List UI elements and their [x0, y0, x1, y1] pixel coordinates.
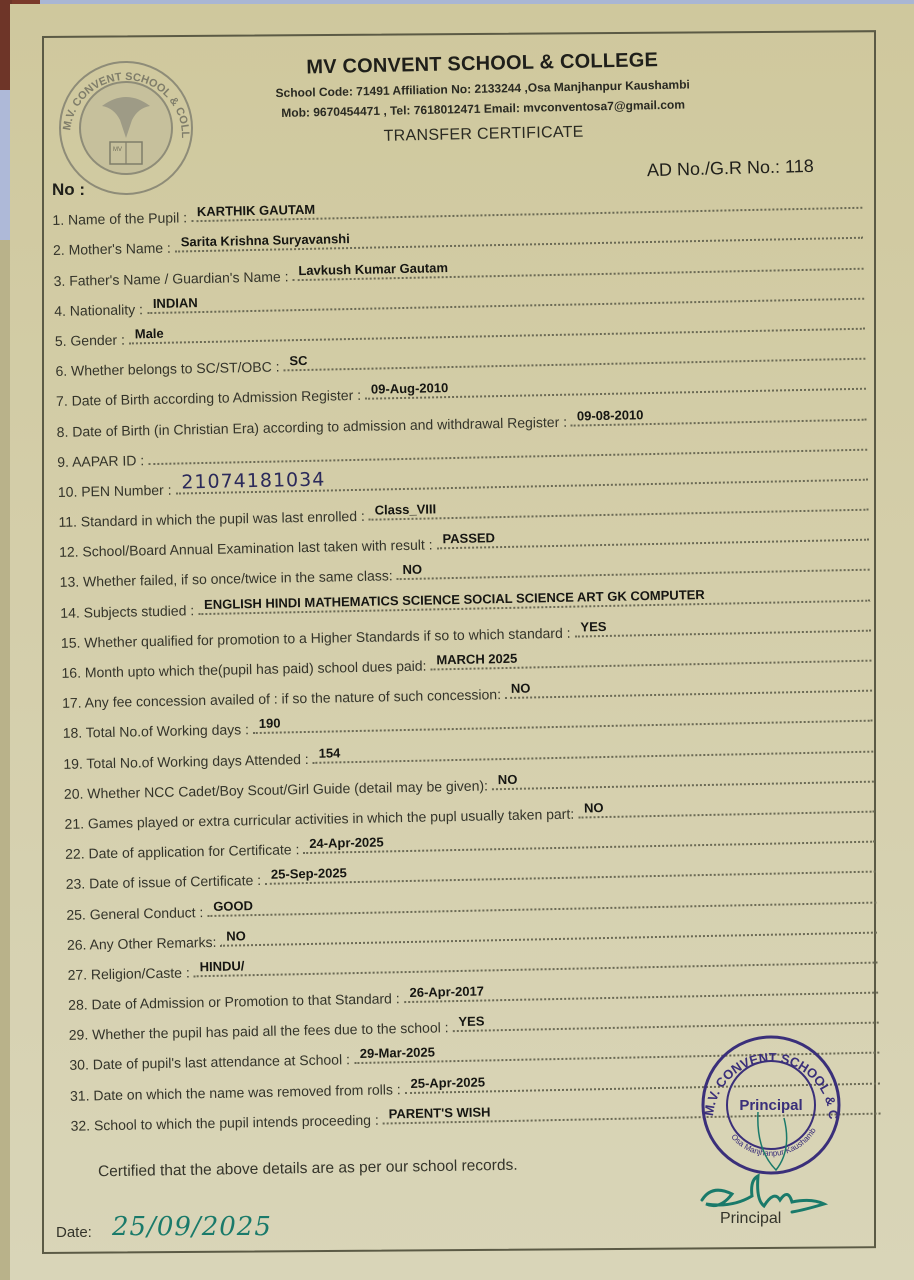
date-label: Date:: [56, 1224, 92, 1241]
field-label: 14. Subjects studied :: [60, 602, 194, 621]
certificate-header: MV CONVENT SCHOOL & COLLEGE School Code:…: [232, 48, 734, 149]
field-value: MARCH 2025: [436, 651, 517, 668]
field-label: 10. PEN Number :: [58, 482, 172, 500]
principal-stamp-icon: M.V. CONVENT SCHOOL & COLLEGE Osa Manjha…: [696, 1030, 846, 1180]
field-value: NO: [511, 681, 531, 696]
field-label: 25. General Conduct :: [66, 904, 203, 923]
field-value: 24-Apr-2025: [309, 835, 384, 851]
field-value: 25-Sep-2025: [271, 866, 347, 883]
certificate-title: TRANSFER CERTIFICATE: [234, 121, 734, 149]
stamp-center-text: Principal: [739, 1097, 802, 1114]
field-label: 4. Nationality :: [54, 301, 143, 319]
field-value: 29-Mar-2025: [360, 1045, 435, 1062]
field-value: Class_VIII: [375, 501, 437, 517]
field-dotted-line: YES: [574, 611, 871, 637]
field-value: YES: [458, 1014, 484, 1030]
field-value: NO: [402, 562, 422, 577]
field-value: PARENT'S WISH: [389, 1104, 491, 1121]
field-value: 190: [259, 716, 281, 731]
field-label: 9. AAPAR ID :: [57, 452, 144, 470]
field-label: 26. Any Other Remarks:: [67, 934, 217, 953]
field-value: Sarita Krishna Suryavanshi: [181, 231, 350, 249]
field-value: 09-08-2010: [577, 407, 644, 423]
field-value: 25-Apr-2025: [410, 1074, 485, 1090]
field-value: 21074181034: [181, 468, 325, 493]
field-value: PASSED: [442, 530, 495, 546]
certification-statement: Certified that the above details are as …: [98, 1157, 518, 1182]
field-value: YES: [580, 619, 606, 635]
field-label: 5. Gender :: [55, 332, 125, 349]
certificate-fields: 1. Name of the Pupil :KARTHIK GAUTAM2. M…: [52, 182, 881, 1134]
field-dotted-line: 09-08-2010: [571, 400, 867, 426]
field-value: INDIAN: [153, 295, 198, 311]
field-value: NO: [584, 800, 604, 815]
field-value: HINDU/: [199, 958, 244, 974]
field-value: 154: [318, 745, 340, 760]
field-value: 26-Apr-2017: [409, 984, 484, 1000]
field-value: 09-Aug-2010: [371, 380, 449, 397]
date-handwritten: 25/09/2025: [112, 1212, 272, 1242]
field-label: 2. Mother's Name :: [53, 240, 171, 258]
emblem-book-text: MV: [113, 147, 122, 153]
admission-number: AD No./G.R No.: 118: [647, 156, 814, 181]
field-value: KARTHIK GAUTAM: [197, 202, 315, 219]
field-label: 27. Religion/Caste :: [67, 964, 189, 982]
field-value: GOOD: [213, 898, 253, 914]
certificate-content: M.V. CONVENT SCHOOL & COLLEGE MV MV CONV…: [52, 50, 862, 1250]
school-emblem-icon: M.V. CONVENT SCHOOL & COLLEGE MV: [52, 58, 200, 198]
school-name: MV CONVENT SCHOOL & COLLEGE: [232, 48, 732, 81]
field-value: NO: [226, 928, 246, 943]
field-value: SC: [289, 353, 307, 368]
field-value: ENGLISH HINDI MATHEMATICS SCIENCE SOCIAL…: [204, 587, 705, 612]
principal-label: Principal: [720, 1210, 781, 1228]
field-label: 1. Name of the Pupil :: [52, 209, 187, 228]
field-value: Male: [135, 326, 164, 342]
field-value: NO: [498, 772, 518, 787]
field-label: 32. School to which the pupil intends pr…: [70, 1111, 378, 1133]
field-dotted-line: NO: [578, 793, 875, 819]
field-value: Lavkush Kumar Gautam: [298, 260, 448, 278]
school-contact-line: Mob: 9670454471 , Tel: 7618012471 Email:…: [233, 97, 733, 121]
